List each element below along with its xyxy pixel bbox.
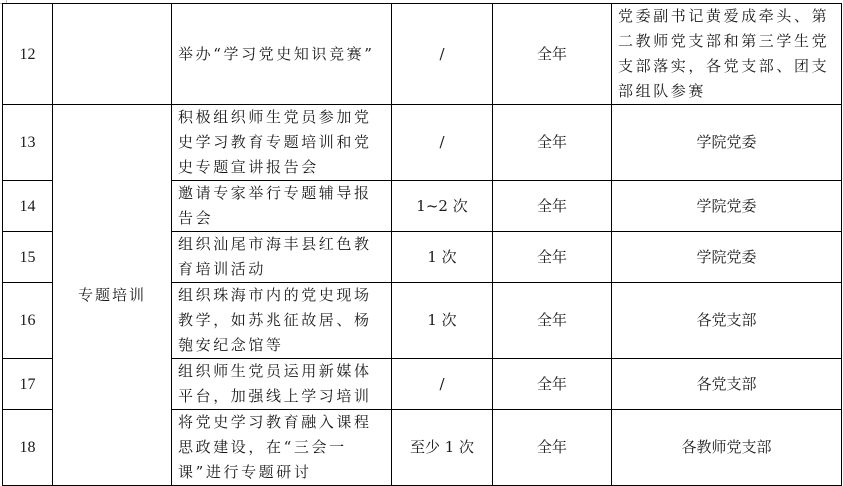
activity-content: 邀请专家举行专题辅导报告会 <box>172 181 392 232</box>
time-period: 全年 <box>493 410 612 486</box>
activity-content: 组织汕尾市海丰县红色教育培训活动 <box>172 232 392 283</box>
row-number: 12 <box>3 4 53 105</box>
frequency: / <box>392 4 493 105</box>
frequency: / <box>392 105 493 181</box>
responsible-party: 各党支部 <box>612 359 842 410</box>
responsible-party: 各教师党支部 <box>612 410 842 486</box>
row-number: 14 <box>3 181 53 232</box>
responsible-party: 学院党委 <box>612 181 842 232</box>
frequency: 至少 1 次 <box>392 410 493 486</box>
responsible-party: 学院党委 <box>612 105 842 181</box>
time-period: 全年 <box>493 4 612 105</box>
time-period: 全年 <box>493 359 612 410</box>
table-row: 12 举办“学习党史知识竞赛” / 全年 党委副书记黄爱成牵头、第二教师党支部和… <box>3 4 842 105</box>
activity-content: 组织珠海市内的党史现场教学，如苏兆征故居、杨匏安纪念馆等 <box>172 283 392 359</box>
time-period: 全年 <box>493 105 612 181</box>
activity-content: 积极组织师生党员参加党史学习教育专题培训和党史专题宣讲报告会 <box>172 105 392 181</box>
row-number: 13 <box>3 105 53 181</box>
row-number: 17 <box>3 359 53 410</box>
time-period: 全年 <box>493 232 612 283</box>
table-row: 13 专题培训 积极组织师生党员参加党史学习教育专题培训和党史专题宣讲报告会 /… <box>3 105 842 181</box>
row-number: 16 <box>3 283 53 359</box>
activity-content: 将党史学习教育融入课程思政建设，在“三会一课”进行专题研讨 <box>172 410 392 486</box>
frequency: 1 次 <box>392 283 493 359</box>
responsible-party: 学院党委 <box>612 232 842 283</box>
category-cell: 专题培训 <box>53 105 172 486</box>
frequency: / <box>392 359 493 410</box>
frequency: 1 次 <box>392 232 493 283</box>
frequency: 1~2 次 <box>392 181 493 232</box>
responsible-party: 各党支部 <box>612 283 842 359</box>
row-number: 15 <box>3 232 53 283</box>
activity-content: 举办“学习党史知识竞赛” <box>172 4 392 105</box>
time-period: 全年 <box>493 181 612 232</box>
party-history-activity-table: 12 举办“学习党史知识竞赛” / 全年 党委副书记黄爱成牵头、第二教师党支部和… <box>2 3 842 486</box>
row-number: 18 <box>3 410 53 486</box>
activity-content: 组织师生党员运用新媒体平台，加强线上学习培训 <box>172 359 392 410</box>
category-cell-empty <box>53 4 172 105</box>
time-period: 全年 <box>493 283 612 359</box>
responsible-party: 党委副书记黄爱成牵头、第二教师党支部和第三学生党支部落实，各党支部、团支部组队参… <box>612 4 842 105</box>
